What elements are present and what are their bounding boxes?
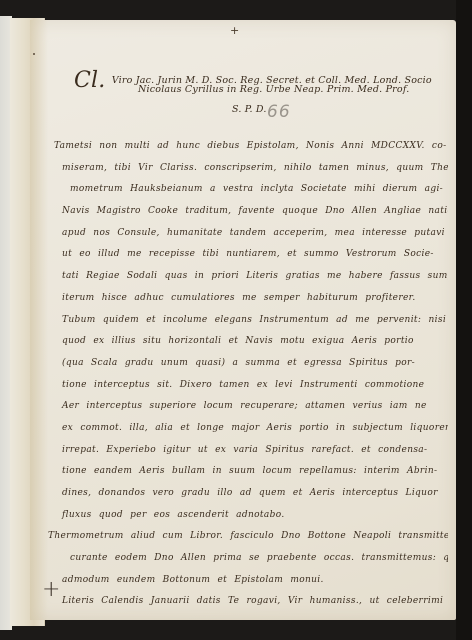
manuscript-page: + Cl. Viro Jac. Jurin M. D. Soc. Reg. Se… (30, 20, 456, 620)
folio-number: 66 (267, 102, 291, 122)
body-line: ut eo illud me recepisse tibi nuntiarem,… (48, 244, 448, 266)
body-line: quod ex illius situ horizontali et Navis… (48, 331, 448, 353)
manuscript-scan: + Cl. Viro Jac. Jurin M. D. Soc. Reg. Se… (0, 0, 472, 640)
scan-background-edge (456, 0, 472, 640)
body-line: ex commot. illa, alia et longe major Aer… (48, 418, 448, 440)
body-line: apud nos Consule, humanitate tandem acce… (48, 223, 448, 245)
body-line: curante eodem Dno Allen prima se praeben… (48, 548, 448, 570)
body-line: (qua Scala gradu unum quasi) a summa et … (48, 353, 448, 375)
page-fold-shadow (30, 20, 48, 620)
bottom-left-cross-mark: + (42, 579, 60, 601)
body-line: Thermometrum aliud cum Libror. fasciculo… (48, 526, 448, 548)
body-line: Aer interceptus superiore locum recupera… (48, 396, 448, 418)
body-line: tione eandem Aeris bullam in suum locum … (48, 461, 448, 483)
body-line: dines, donandos vero gradu illo ad quem … (48, 483, 448, 505)
body-line: Tubum quidem et incolume elegans Instrum… (48, 310, 448, 332)
top-cross-mark: + (230, 25, 239, 36)
body-line: fluxus quod per eos ascenderit adnotabo. (48, 505, 448, 527)
body-line: Literis Calendis Januarii datis Te rogav… (48, 591, 448, 613)
body-line: miseram, tibi Vir Clariss. conscripserim… (48, 158, 448, 180)
body-line: tati Regiae Sodali quas in priori Literi… (48, 266, 448, 288)
body-line: Tametsi non multi ad hunc diebus Epistol… (48, 136, 448, 158)
salutation-initial: Cl. (74, 68, 105, 93)
body-line: mometrum Hauksbeianum a vestra inclyta S… (48, 179, 448, 201)
body-line: irrepat. Experiebo igitur ut ex varia Sp… (48, 440, 448, 462)
salutation-line-2: Nicolaus Cyrillus in Reg. Urbe Neap. Pri… (138, 84, 409, 95)
ink-dot-mark (33, 53, 35, 55)
body-line: Navis Magistro Cooke traditum, favente q… (48, 201, 448, 223)
letter-body: Tametsi non multi ad hunc diebus Epistol… (48, 136, 448, 613)
body-line: admodum eundem Bottonum et Epistolam mon… (48, 570, 448, 592)
body-line: iterum hisce adhuc cumulatiores me sempe… (48, 288, 448, 310)
salutation-line-3: S. P. D. (232, 104, 267, 115)
body-line: tione interceptus sit. Dixero tamen ex l… (48, 375, 448, 397)
